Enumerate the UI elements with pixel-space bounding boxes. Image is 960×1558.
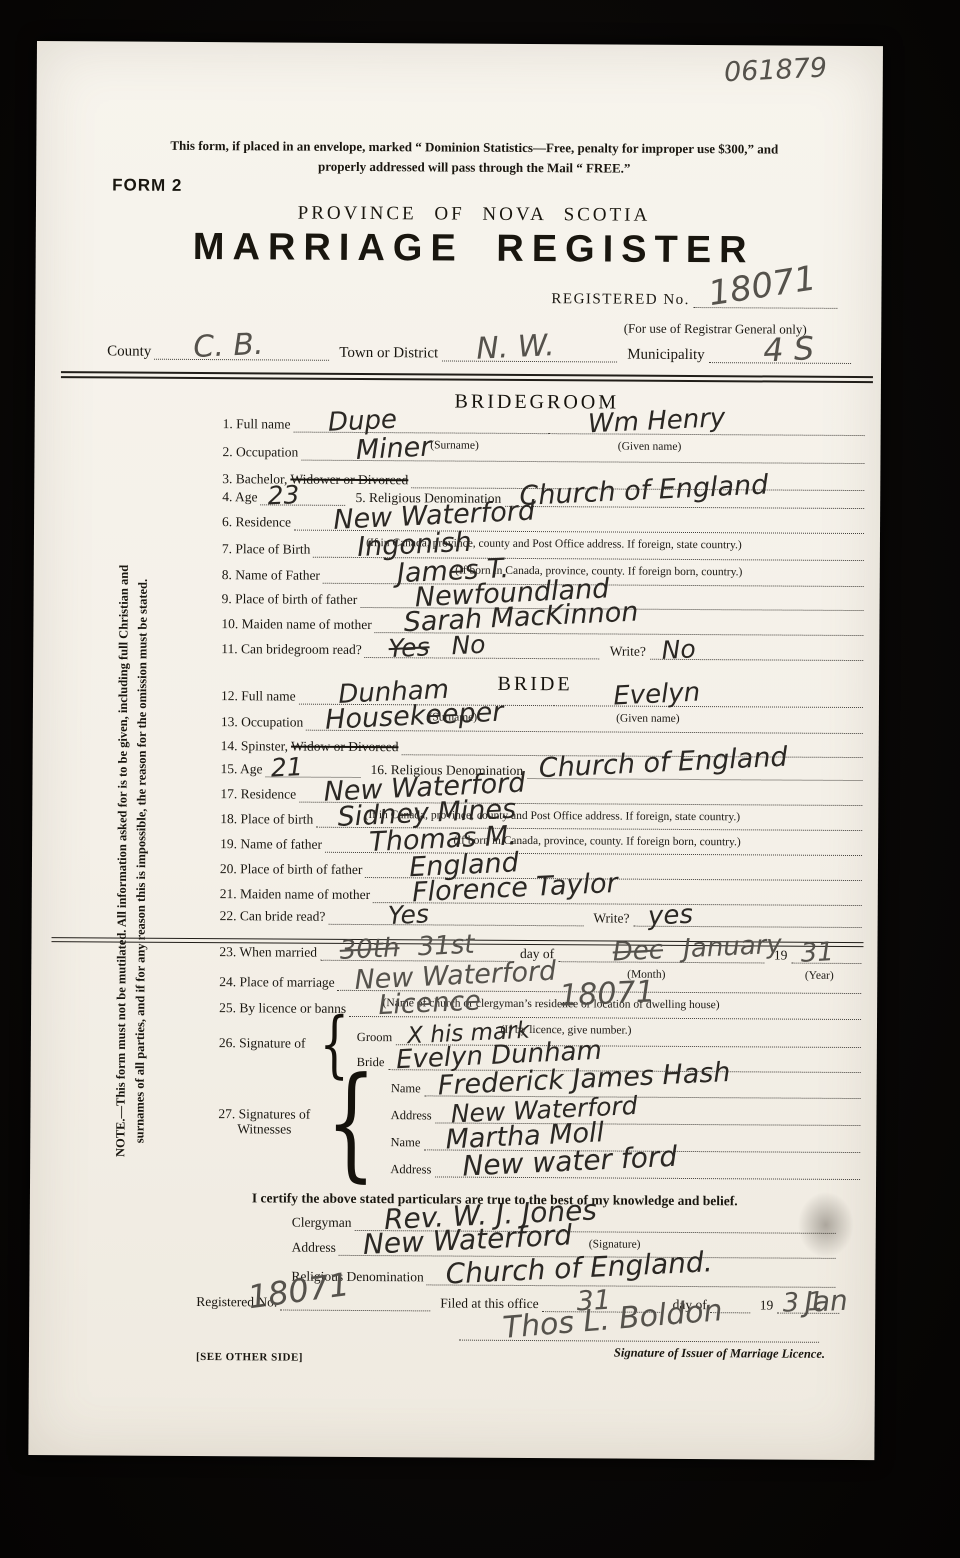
bridegroom-birthplace-row: 7. Place of Birth Ingonish [222, 540, 864, 561]
read-line: Yes [328, 917, 583, 927]
location-row: County C. B. Town or District N. W. Muni… [107, 339, 851, 364]
field-label: 12. Full name [221, 689, 299, 704]
given-name-handwriting: Wm Henry [587, 405, 725, 437]
municipality-line: 4 S [709, 355, 851, 364]
mail-note-line1: This form, if placed in an envelope, mar… [141, 136, 807, 160]
witnesses-block: 27. Signatures of Witnesses { Name Frede… [218, 1068, 861, 1180]
field-label: 13. Occupation [221, 715, 307, 730]
read-struck: Yes [388, 632, 430, 663]
witness-field-label: Name [390, 1135, 424, 1150]
day-struck: 30th [339, 933, 400, 966]
surname-handwriting: Dupe [327, 407, 397, 436]
licence-number: 18071 [559, 974, 656, 1013]
field-label: 6. Residence [222, 515, 294, 530]
registered-no-row: REGISTERED No. 18071 [551, 287, 837, 309]
registered-no-handwriting: 18071 [246, 1268, 351, 1313]
witness-handwriting: New water ford [462, 1142, 678, 1180]
field-label: 18. Place of birth [220, 812, 316, 827]
witness-row: Address New Waterford [391, 1096, 861, 1126]
month-value: January [682, 930, 782, 965]
read-line: Yes No [365, 650, 600, 659]
religion-line: Church of England [527, 771, 862, 781]
field-label: 19. Name of father [220, 837, 325, 852]
town-line: N. W. [442, 353, 617, 362]
year-handwriting: 31 [800, 939, 834, 967]
clergyman-religion-row: Religious Denomination Church of England… [291, 1268, 835, 1288]
groom-label: Groom [357, 1029, 397, 1044]
field-label: 7. Place of Birth [222, 542, 314, 557]
mother-handwriting: Florence Taylor [412, 870, 619, 906]
see-other-side-note: [SEE OTHER SIDE] [196, 1351, 303, 1364]
write-handwriting: yes [647, 902, 693, 930]
field-label: 23. When married [219, 945, 320, 960]
scan-background: 061879 This form, if placed in an envelo… [0, 0, 960, 1558]
day-value: 31st [417, 930, 475, 963]
province-heading: PROVINCE OF NOVA SCOTIA [186, 202, 762, 228]
form-number-label: FORM 2 [112, 175, 182, 195]
town-handwriting: N. W. [476, 331, 556, 365]
bridegroom-full-name-row: 1. Full name Dupe Wm Henry [223, 415, 865, 436]
field-label: 11. Can bridegroom read? [221, 642, 365, 658]
side-note: NOTE.—This form must not be mutilated. A… [111, 538, 154, 1183]
bride-read-write-row: 22. Can bride read? Yes Write? yes [220, 907, 862, 928]
occupation-line: Miner [301, 453, 864, 464]
field-label: 8. Name of Father [222, 568, 323, 583]
field-label: Address [292, 1241, 339, 1256]
given-name-handwriting: Evelyn [612, 680, 700, 710]
field-label: Clergyman [292, 1216, 355, 1231]
month-line: Dec January [558, 954, 764, 963]
occupation-handwriting: Housekeeper [325, 699, 504, 734]
licence-value: Licence [378, 985, 482, 1021]
witness-label-line2: Witnesses [218, 1122, 310, 1137]
brace-glyph: { [326, 1067, 377, 1178]
year-line: 31 [791, 956, 861, 964]
bridegroom-mother-row: 10. Maiden name of mother Sarah MacKinno… [221, 615, 863, 636]
field-label: 15. Age [221, 762, 266, 777]
section-divider-top [61, 371, 873, 383]
religion-line: Church of England [505, 499, 864, 509]
bridegroom-section-title: BRIDEGROOM [223, 389, 851, 416]
mail-instruction-note: This form, if placed in an envelope, mar… [141, 136, 807, 180]
witness-field-label: Address [390, 1162, 435, 1177]
month-struck: Dec [612, 935, 664, 967]
registered-no-line: 18071 [280, 1303, 430, 1312]
mail-note-line2: properly addressed will pass through the… [141, 156, 807, 180]
bride-father-row: 19. Name of father Thomas M. [220, 835, 862, 856]
filed-year-handwriting: 3 1 [782, 1289, 825, 1317]
clergyman-religion-line: Church of England. [427, 1277, 836, 1287]
occupation-line: Housekeeper [306, 723, 863, 734]
field-label: 9. Place of birth of father [222, 592, 361, 608]
occupation-handwriting: Miner [355, 433, 432, 463]
field-label: 20. Place of birth of father [220, 862, 366, 878]
witness-field-label: Address [391, 1108, 436, 1123]
ink-smudge [798, 1192, 854, 1258]
age-handwriting: 21 [270, 754, 303, 780]
witness-field-label: Name [391, 1081, 425, 1096]
witness-column: Name Frederick James Hash Address New Wa… [390, 1070, 860, 1180]
film-number-handwriting: 061879 [723, 54, 827, 86]
field-label: 27. Signatures of Witnesses [218, 1107, 313, 1137]
field-label: 26. Signature of [219, 1036, 314, 1051]
county-line: C. B. [154, 352, 329, 361]
field-label: 21. Maiden name of mother [220, 887, 373, 903]
issuer-signature-label: Signature of Issuer of Marriage Licence. [609, 1346, 830, 1362]
bridegroom-read-write-row: 11. Can bridegroom read? Yes No Write? N… [221, 640, 863, 661]
mother-line: Florence Taylor [373, 895, 862, 906]
bride-residence-row: 17. Residence New Waterford [220, 785, 862, 806]
read-value: No [451, 630, 486, 661]
day-handwriting: 30th 31st [339, 932, 475, 964]
marriage-register-page: 061879 This form, if placed in an envelo… [28, 41, 883, 1460]
status-struck-text: Widower or Divorced [290, 473, 411, 489]
county-handwriting: C. B. [193, 330, 264, 363]
write-handwriting: No [661, 636, 696, 663]
write-line: No [650, 652, 863, 661]
witness-label-line1: 27. Signatures of [218, 1107, 310, 1122]
issuer-signature-line: Thos L. Boldon [459, 1312, 819, 1343]
page-title: MARRIAGE REGISTER [156, 226, 792, 273]
field-label: 17. Residence [220, 787, 299, 802]
registered-no-line: 18071 [693, 300, 838, 309]
field-label: 24. Place of marriage [219, 975, 338, 991]
field-label: 2. Occupation [222, 445, 301, 460]
field-label: 1. Full name [223, 417, 294, 432]
bridegroom-occupation-row: 2. Occupation Miner [222, 443, 864, 464]
bridegroom-residence-row: 6. Residence New Waterford [222, 513, 864, 534]
bridegroom-age-religion-row: 4. Age 23 5. Religious Denomination Chur… [222, 488, 864, 509]
read-handwriting: Yes No [389, 632, 487, 661]
bride-mother-row: 21. Maiden name of mother Florence Taylo… [220, 885, 862, 906]
town-label: Town or District [329, 344, 442, 361]
status-struck-text: Widow or Divorced [291, 740, 402, 756]
read-handwriting: Yes [387, 901, 429, 928]
bride-occupation-row: 13. Occupation Housekeeper [221, 713, 863, 734]
municipality-label: Municipality [617, 346, 709, 363]
field-label: 4. Age [222, 490, 260, 505]
write-line: yes [634, 919, 862, 928]
field-label: 10. Maiden name of mother [221, 617, 374, 633]
age-handwriting: 23 [267, 482, 300, 508]
bride-full-name-row: 12. Full name Dunham Evelyn [221, 687, 863, 708]
bride-age-religion-row: 15. Age 21 16. Religious Denomination Ch… [221, 760, 863, 781]
father-line: Thomas M. [325, 845, 862, 856]
given-name-line: Evelyn [554, 698, 863, 708]
municipality-handwriting: 4 S [762, 332, 814, 366]
registered-no-label: REGISTERED No. [551, 291, 693, 308]
month-handwriting: Dec January [612, 932, 782, 966]
field-label: 22. Can bride read? [220, 909, 329, 925]
witness-line: New water ford [435, 1169, 860, 1180]
bride-birthplace-row: 18. Place of birth Sidney Mines [220, 810, 862, 831]
write-label: Write? [600, 645, 650, 660]
write-label: Write? [583, 912, 633, 927]
county-label: County [107, 343, 154, 360]
year-prefix: 19 [750, 1299, 778, 1314]
given-name-line: Wm Henry [548, 426, 864, 436]
